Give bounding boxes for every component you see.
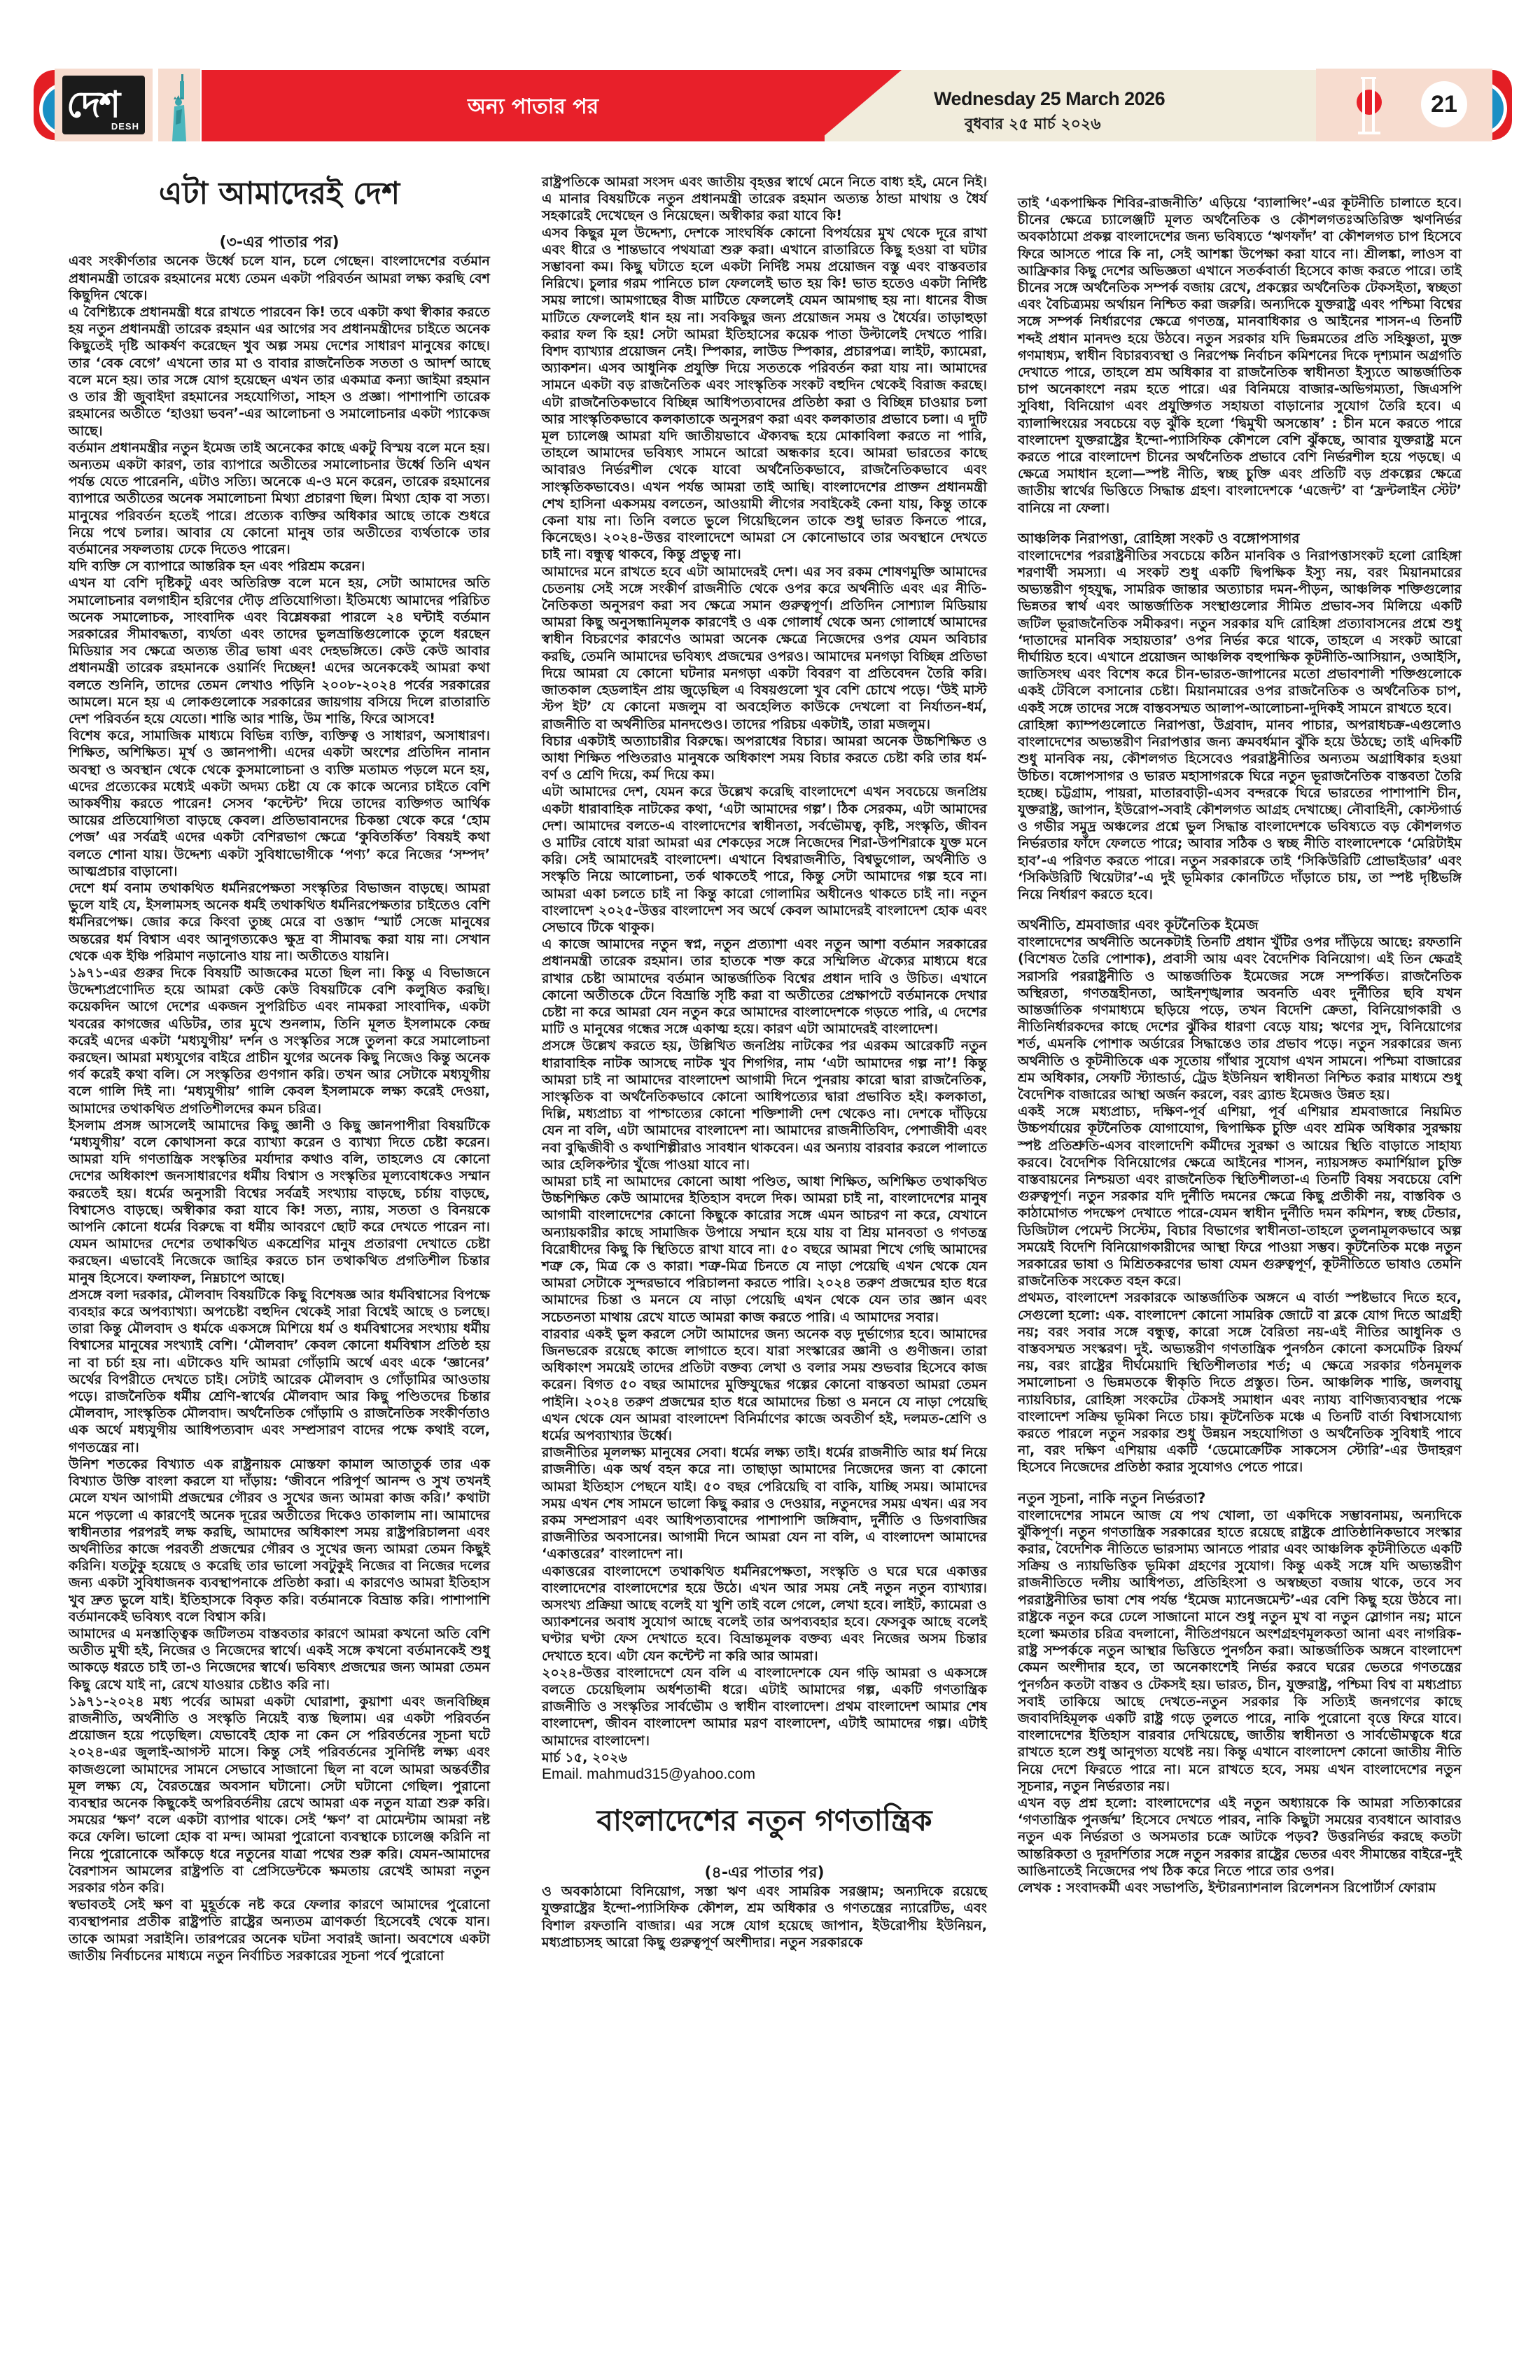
article1-paragraph: বারবার একই ভুল করলে সেটা আমাদের জন্য অনে…: [542, 1326, 987, 1444]
section-heading-regional-security: আঞ্চলিক নিরাপত্তা, রোহিঙ্গা সংকট ও বঙ্গো…: [1018, 529, 1462, 547]
article1-paragraph: এ বৈশিষ্ট্যকে প্রধানমন্ত্রী ধরে রাখতে পা…: [69, 304, 490, 440]
article1-paragraph: রাষ্ট্রপতিকে আমরা সংসদ এবং জাতীয় বৃহত্ত…: [542, 174, 987, 225]
martyrs-monument-icon: [1355, 74, 1383, 136]
article1-paragraph: এসব কিছুর মূল উদ্দেশ্য, দেশকে সাংঘর্ষিক …: [542, 225, 987, 563]
article2-paragraph: তাই ‘একপাক্ষিক শিবির-রাজনীতি’ এড়িয়ে ‘ব…: [1018, 195, 1462, 517]
article1-paragraph: উনিশ শতকের বিখ্যাত এক রাষ্ট্রনায়ক মোস্ত…: [69, 1456, 490, 1625]
article1-column2: রাষ্ট্রপতিকে আমরা সংসদ এবং জাতীয় বৃহত্ত…: [542, 174, 987, 1951]
article1-column1: এটা আমাদেরই দেশ (৩-এর পাতার পর) এবং সংকী…: [69, 175, 490, 1964]
article1-paragraph: এ কাজে আমাদের নতুন স্বপ্ন, নতুন প্রত্যাশ…: [542, 936, 987, 1037]
article1-paragraph: এবং সংকীর্ণতার অনেক উর্ধ্বে চলে যান, চলে…: [69, 253, 490, 304]
article1-paragraph: আমাদের মনে রাখতে হবে এটা আমাদেরই দেশ। এর…: [542, 563, 987, 733]
article2-paragraph: ও অবকাঠামো বিনিয়োগ, সস্তা ঋণ এবং সামরিক…: [542, 1883, 987, 1951]
author-email-link[interactable]: Email. mahmud315@yahoo.com: [542, 1766, 987, 1783]
article2-paragraph: রোহিঙ্গা ক্যাম্পগুলোতে নিরাপত্তা, উগ্রবা…: [1018, 717, 1462, 903]
article2-continued-from: (৪-এর পাতার পর): [542, 1863, 987, 1883]
article1-paragraph: রাজনীতির মূললক্ষ্য মানুষের সেবা। ধর্মের …: [542, 1444, 987, 1562]
article1-paragraph: বিশেষ করে, সামাজিক মাধ্যমে বিভিন্ন ব্যক্…: [69, 727, 490, 880]
article1-headline: এটা আমাদেরই দেশ: [69, 175, 490, 213]
article1-paragraph: বর্তমান প্রধানমন্ত্রীর নতুন ইমেজ তাই অনে…: [69, 440, 490, 558]
article2-paragraph: বাংলাদেশের সামনে আজ যে পথ খোলা, তা একদিক…: [1018, 1507, 1462, 1795]
article2-column3: তাই ‘একপাক্ষিক শিবির-রাজনীতি’ এড়িয়ে ‘ব…: [1018, 195, 1462, 1896]
article1-paragraph: ইসলাম প্রসঙ্গ আসলেই আমাদের কিছু জ্ঞানী ও…: [69, 1117, 490, 1287]
article2-paragraph: প্রথমত, বাংলাদেশ সরকারকে আন্তর্জাতিক অঙ্…: [1018, 1289, 1462, 1476]
article1-paragraph: যদি ব্যক্তি সে ব্যাপারে আন্তরিক হন এবং প…: [69, 558, 490, 575]
date-bangla: বুধবার ২৫ মার্চ ২০২৬: [965, 112, 1101, 138]
article1-paragraph: বিচার একটাই অত্যাচারীর বিরুদ্ধে। অপরাধের…: [542, 733, 987, 784]
page-masthead: দেশ DESH অন্য পাতার পর Wednesday 25 Marc…: [34, 69, 1525, 141]
article1-paragraph: প্রসঙ্গে উল্লেখ করতে হয়, উল্লিখিত জনপ্র…: [542, 1037, 987, 1173]
article2-headline: বাংলাদেশের নতুন গণতান্ত্রিক: [542, 1802, 987, 1839]
article1-paragraph: একাত্তরের বাংলাদেশে তথাকথিত ধর্মনিরপেক্ষ…: [542, 1563, 987, 1665]
article1-paragraph: ১৯৭১-এর গুরুর দিকে বিষয়টি আজকের মতো ছিল…: [69, 965, 490, 1117]
page-number-box: 21: [1316, 69, 1492, 141]
masthead-ring-left-decoration: [34, 70, 55, 140]
section-heading-new-beginning: নতুন সূচনা, নাকি নতুন নির্ভরতা?: [1018, 1489, 1462, 1507]
article1-continued-from: (৩-এর পাতার পর): [69, 233, 490, 253]
article1-paragraph: দেশে ধর্ম বনাম তথাকথিত ধর্মনিরপেক্ষতা সং…: [69, 880, 490, 965]
article2-paragraph: একই সঙ্গে মধ্যপ্রাচ্য, দক্ষিণ-পূর্ব এশিয…: [1018, 1103, 1462, 1289]
article1-paragraph: প্রসঙ্গে বলা দরকার, মৌলবাদ বিষয়টিকে কিছ…: [69, 1287, 490, 1456]
section-heading-economy: অর্থনীতি, শ্রমবাজার এবং কূটনৈতিক ইমেজ: [1018, 916, 1462, 934]
article1-dateline: মার্চ ১৫, ২০২৬: [542, 1749, 987, 1766]
masthead-ring-right-decoration: [1492, 70, 1512, 140]
article2-paragraph: বাংলাদেশের পররাষ্ট্রনীতির সবচেয়ে কঠিন ম…: [1018, 547, 1462, 717]
article1-paragraph: এটা আমাদের দেশ, যেমন করে উল্লেখ করেছি বা…: [542, 783, 987, 936]
section-label: অন্য পাতার পর: [468, 90, 598, 125]
logo-subtext: DESH: [111, 121, 139, 132]
article1-paragraph: স্বভাবতই সেই ক্ষণ বা মুহূর্তকে নষ্ট করে …: [69, 1896, 490, 1964]
page-number: 21: [1421, 81, 1467, 127]
article1-paragraph: ১৯৭১-২০২৪ মধ্য পর্বের আমরা একটা ঘোরাশা, …: [69, 1693, 490, 1896]
article1-paragraph: ২০২৪-উত্তর বাংলাদেশে যেন বলি এ বাংলাদেশক…: [542, 1665, 987, 1749]
logo-mark-icon: দেশ DESH: [62, 76, 145, 134]
newspaper-logo[interactable]: দেশ DESH: [55, 69, 153, 141]
date-english: Wednesday 25 March 2026: [934, 88, 1165, 110]
article1-paragraph: আমাদের এ মনস্তাত্ত্বিক জটিলতম বাস্তবতার …: [69, 1625, 490, 1693]
article1-paragraph: আমরা চাই না আমাদের কোনো আধা পণ্ডিত, আধা …: [542, 1173, 987, 1326]
article1-paragraph: এখন যা বেশি দৃষ্টিকটু এবং অতিরিক্ত বলে ম…: [69, 575, 490, 727]
article2-paragraph: এখন বড় প্রশ্ন হলো: বাংলাদেশের এই নতুন অ…: [1018, 1795, 1462, 1879]
statue-of-liberty-icon: [158, 69, 200, 141]
article2-paragraph: বাংলাদেশের অর্থনীতি অনেকটাই তিনটি প্রধান…: [1018, 934, 1462, 1103]
author-byline: লেখক : সংবাদকর্মী এবং সভাপতি, ইন্টারন্যা…: [1018, 1879, 1462, 1896]
